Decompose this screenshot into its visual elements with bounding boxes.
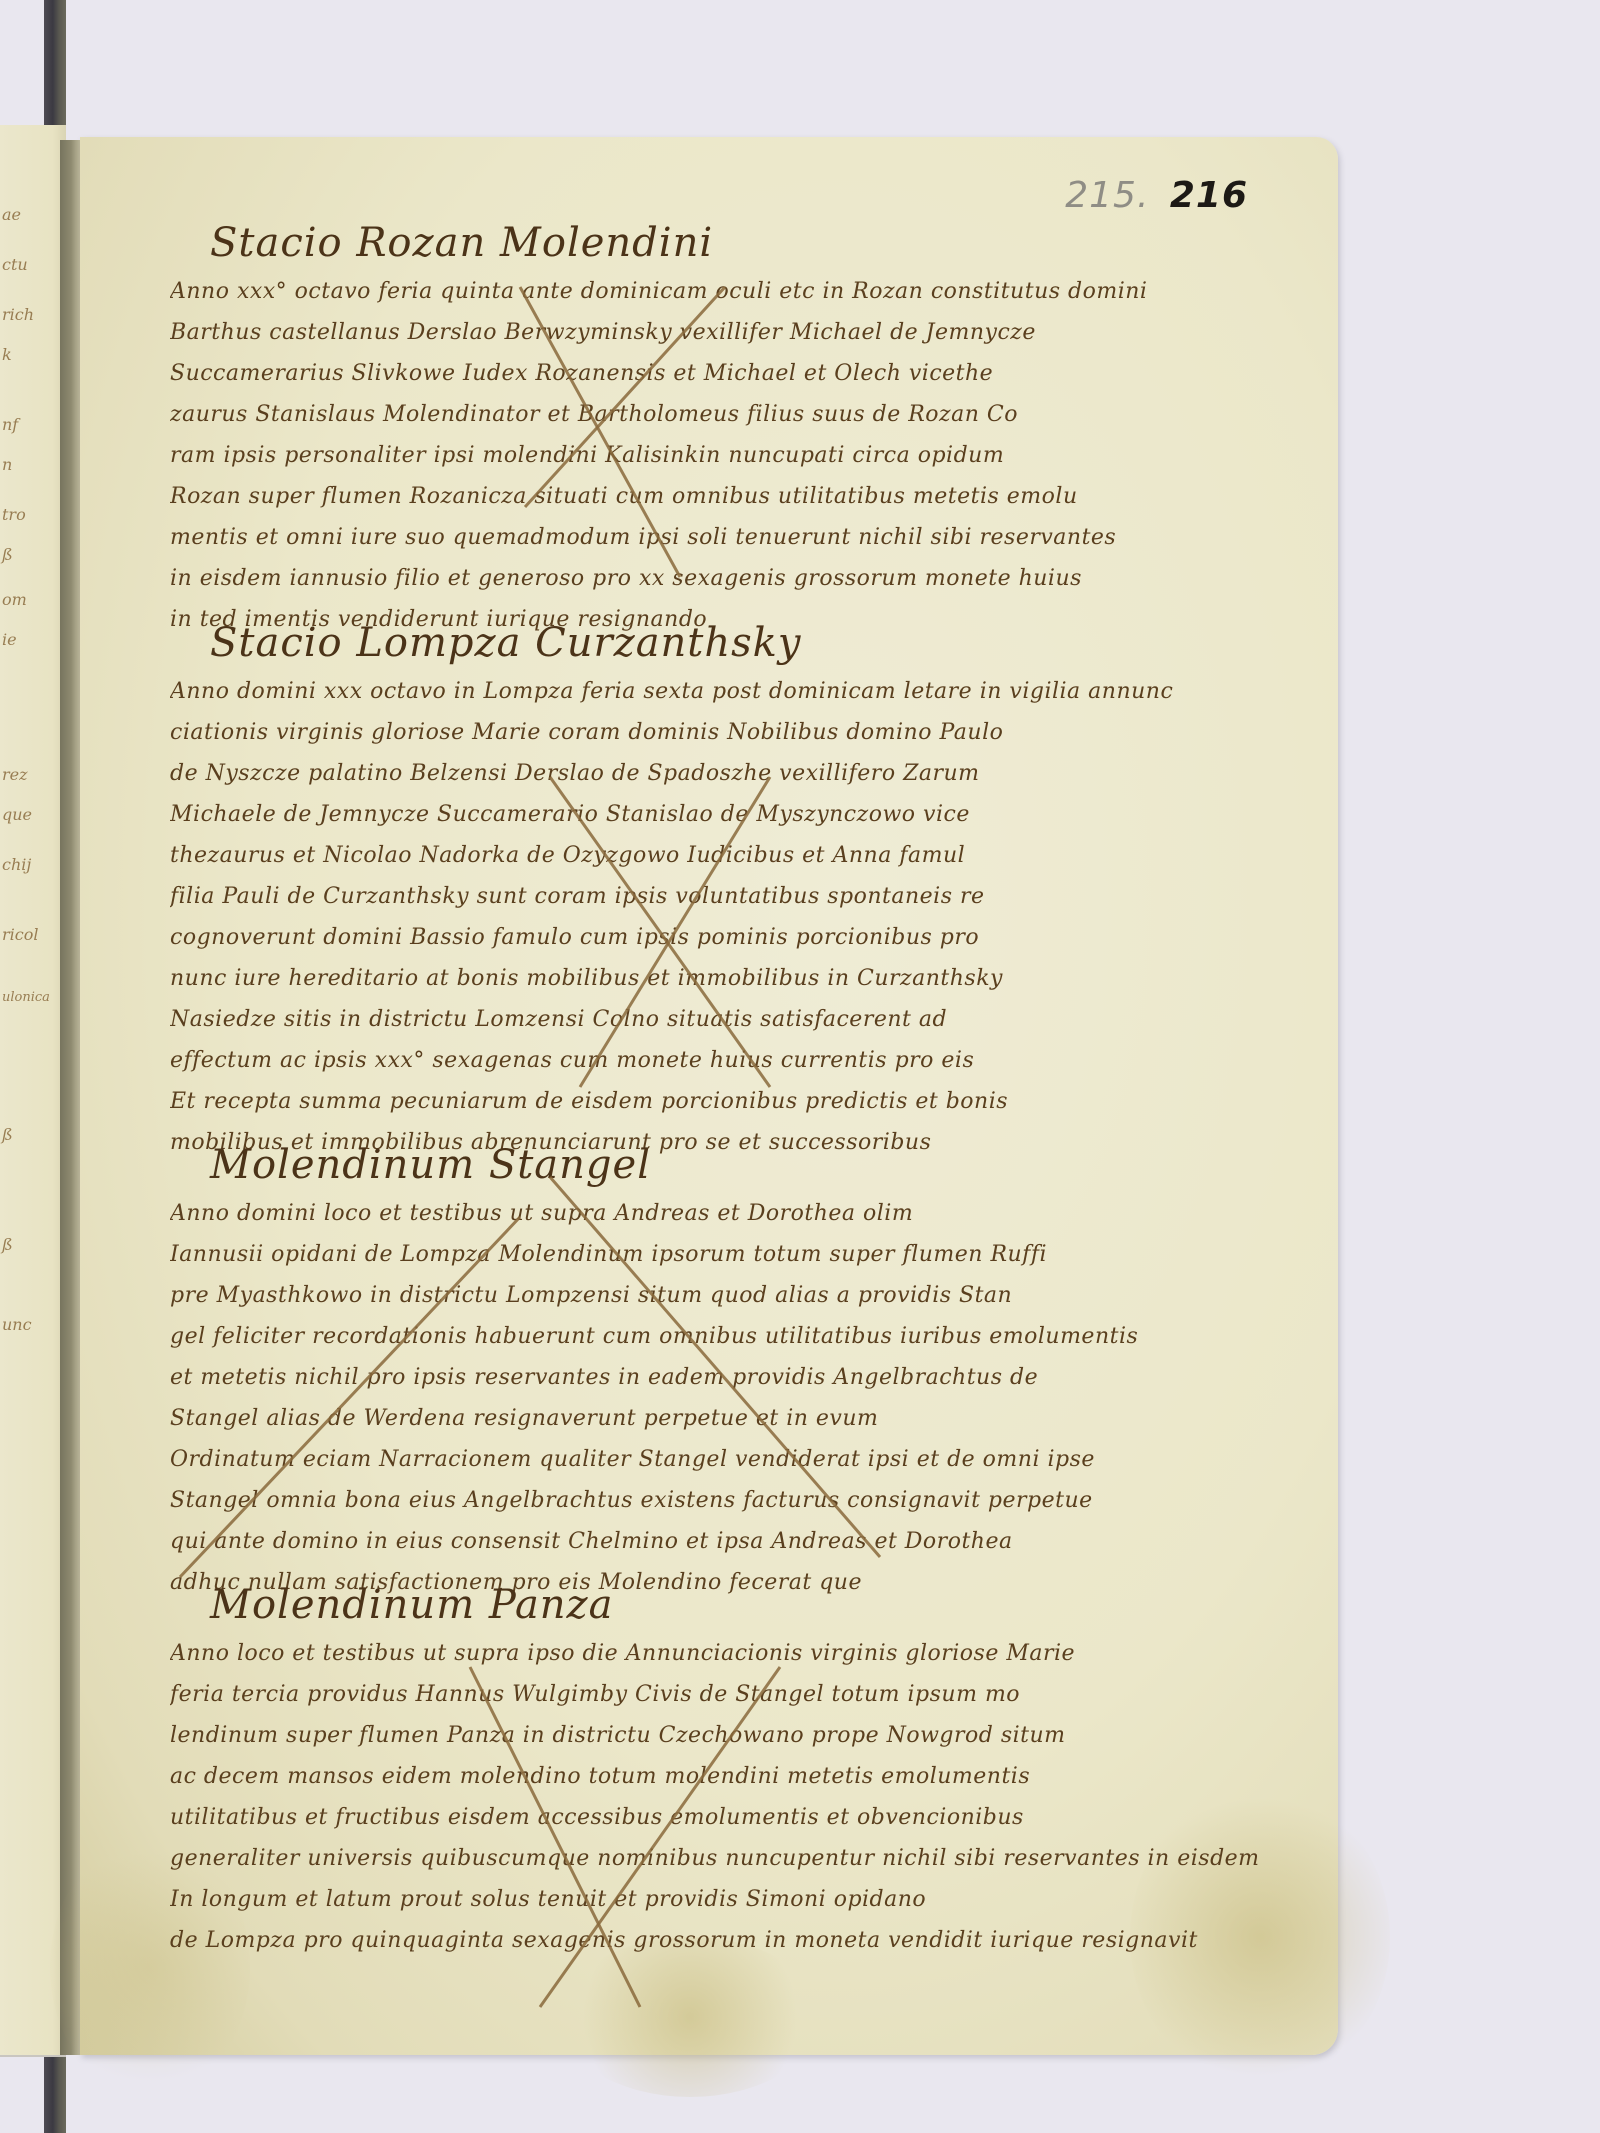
margin-note: rez (2, 765, 28, 784)
margin-note: rich (2, 305, 34, 324)
margin-note: ß (2, 545, 13, 564)
entry-line: Anno domini xxx octavo in Lompza feria s… (170, 671, 1290, 712)
margin-note: ß (2, 1235, 13, 1254)
margin-note: nf (2, 415, 18, 434)
entry-line: qui ante domino in eius consensit Chelmi… (170, 1521, 1290, 1562)
entry-line: ac decem mansos eidem molendino totum mo… (170, 1756, 1290, 1797)
entry-line: effectum ac ipsis xxx° sexagenas cum mon… (170, 1040, 1290, 1081)
folio-number-old: 215. (1065, 175, 1149, 216)
entry-line: Nasiedze sitis in districtu Lomzensi Col… (170, 999, 1290, 1040)
margin-note: om (2, 590, 27, 609)
entry-line: generaliter universis quibuscumque nomin… (170, 1838, 1290, 1879)
page-gutter (60, 140, 82, 2055)
entry-line: in eisdem iannusio filio et generoso pro… (170, 558, 1290, 599)
entry-molendinum-panza: Molendinum Panza Anno loco et testibus u… (170, 1577, 1290, 1961)
folio-number-current: 216 (1170, 175, 1248, 216)
entry-line: Anno loco et testibus ut supra ipso die … (170, 1633, 1290, 1674)
entry-molendinum-stangel: Molendinum Stangel Anno domini loco et t… (170, 1137, 1290, 1603)
entry-stacio-rozan: Stacio Rozan Molendini Anno xxx° octavo … (170, 215, 1290, 640)
entry-line: zaurus Stanislaus Molendinator et Bartho… (170, 394, 1290, 435)
entry-line: ram ipsis personaliter ipsi molendini Ka… (170, 435, 1290, 476)
entry-heading: Stacio Rozan Molendini (210, 215, 1290, 271)
entry-line: Et recepta summa pecuniarum de eisdem po… (170, 1081, 1290, 1122)
entry-line: Anno domini loco et testibus ut supra An… (170, 1193, 1290, 1234)
margin-note: k (2, 345, 12, 364)
entry-line: Stangel omnia bona eius Angelbrachtus ex… (170, 1480, 1290, 1521)
margin-note: ae (2, 205, 21, 224)
entry-line: Rozan super flumen Rozanicza situati cum… (170, 476, 1290, 517)
entry-line: nunc iure hereditario at bonis mobilibus… (170, 958, 1290, 999)
entry-line: Barthus castellanus Derslao Berwzyminsky… (170, 312, 1290, 353)
entry-line: gel feliciter recordationis habuerunt cu… (170, 1316, 1290, 1357)
left-page-edge: ae ctu rich k nf n tro ß om ie rez que c… (0, 125, 66, 2057)
entry-line: Stangel alias de Werdena resignaverunt p… (170, 1398, 1290, 1439)
entry-line: utilitatibus et fructibus eisdem accessi… (170, 1797, 1290, 1838)
entry-line: Michaele de Jemnycze Succamerario Stanis… (170, 794, 1290, 835)
parchment-stain (560, 1937, 820, 2097)
entry-heading: Stacio Lompza Curzanthsky (210, 615, 1290, 671)
margin-note: tro (2, 505, 26, 524)
margin-note: ctu (2, 255, 28, 274)
margin-note: que (2, 805, 32, 824)
entry-line: cognoverunt domini Bassio famulo cum ips… (170, 917, 1290, 958)
entry-line: In longum et latum prout solus tenuit et… (170, 1879, 1290, 1920)
margin-note: ß (2, 1125, 13, 1144)
entry-line: filia Pauli de Curzanthsky sunt coram ip… (170, 876, 1290, 917)
entry-line: mentis et omni iure suo quemadmodum ipsi… (170, 517, 1290, 558)
manuscript-page: 215. 216 Stacio Rozan Molendini Anno xxx… (80, 137, 1338, 2055)
entry-line: Ordinatum eciam Narracionem qualiter Sta… (170, 1439, 1290, 1480)
entry-line: Iannusii opidani de Lompza Molendinum ip… (170, 1234, 1290, 1275)
margin-note: unc (2, 1315, 32, 1334)
margin-note: ie (2, 630, 17, 649)
entry-heading: Molendinum Stangel (210, 1137, 1290, 1193)
entry-line: de Lompza pro quinquaginta sexagenis gro… (170, 1920, 1290, 1961)
margin-note: ulonica (2, 990, 50, 1005)
margin-note: ricol (2, 925, 38, 944)
entry-line: feria tercia providus Hannus Wulgimby Ci… (170, 1674, 1290, 1715)
entry-line: Succamerarius Slivkowe Iudex Rozanensis … (170, 353, 1290, 394)
entry-heading: Molendinum Panza (210, 1577, 1290, 1633)
entry-line: Anno xxx° octavo feria quinta ante domin… (170, 271, 1290, 312)
entry-line: de Nyszcze palatino Belzensi Derslao de … (170, 753, 1290, 794)
entry-line: lendinum super flumen Panza in districtu… (170, 1715, 1290, 1756)
entry-stacio-lompza: Stacio Lompza Curzanthsky Anno domini xx… (170, 615, 1290, 1163)
entry-line: pre Myasthkowo in districtu Lompzensi si… (170, 1275, 1290, 1316)
folio-number: 215. 216 (1065, 175, 1248, 216)
margin-note: chij (2, 855, 31, 874)
entry-line: thezaurus et Nicolao Nadorka de Ozyzgowo… (170, 835, 1290, 876)
entry-line: ciationis virginis gloriose Marie coram … (170, 712, 1290, 753)
entry-line: et metetis nichil pro ipsis reservantes … (170, 1357, 1290, 1398)
margin-note: n (2, 455, 12, 474)
